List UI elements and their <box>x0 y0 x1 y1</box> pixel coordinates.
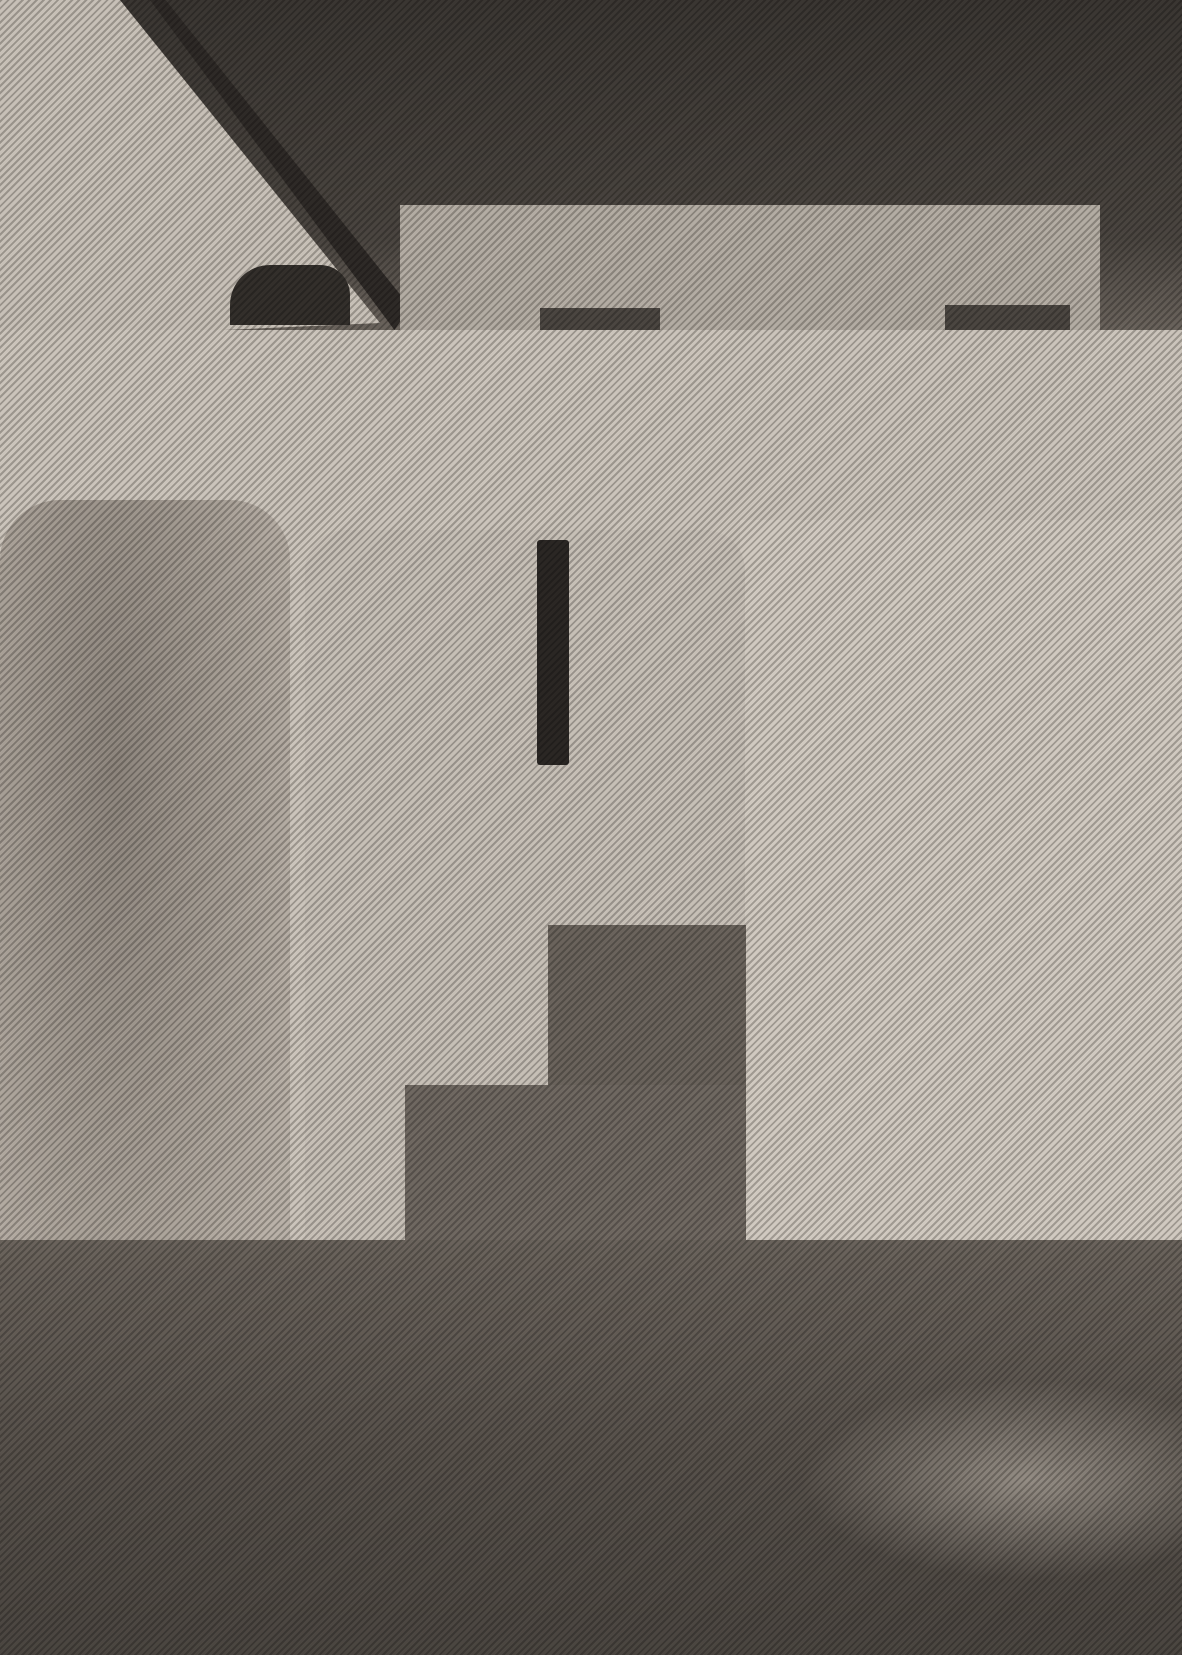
right-wall <box>740 520 1182 1240</box>
photograph <box>0 0 1182 1655</box>
doorway-shadow-lower <box>405 1085 745 1265</box>
distant-roof-shadow-1 <box>540 308 660 330</box>
ground-light-patch <box>800 1380 1182 1580</box>
eave-shadow <box>230 265 350 325</box>
slit-window <box>537 540 569 765</box>
